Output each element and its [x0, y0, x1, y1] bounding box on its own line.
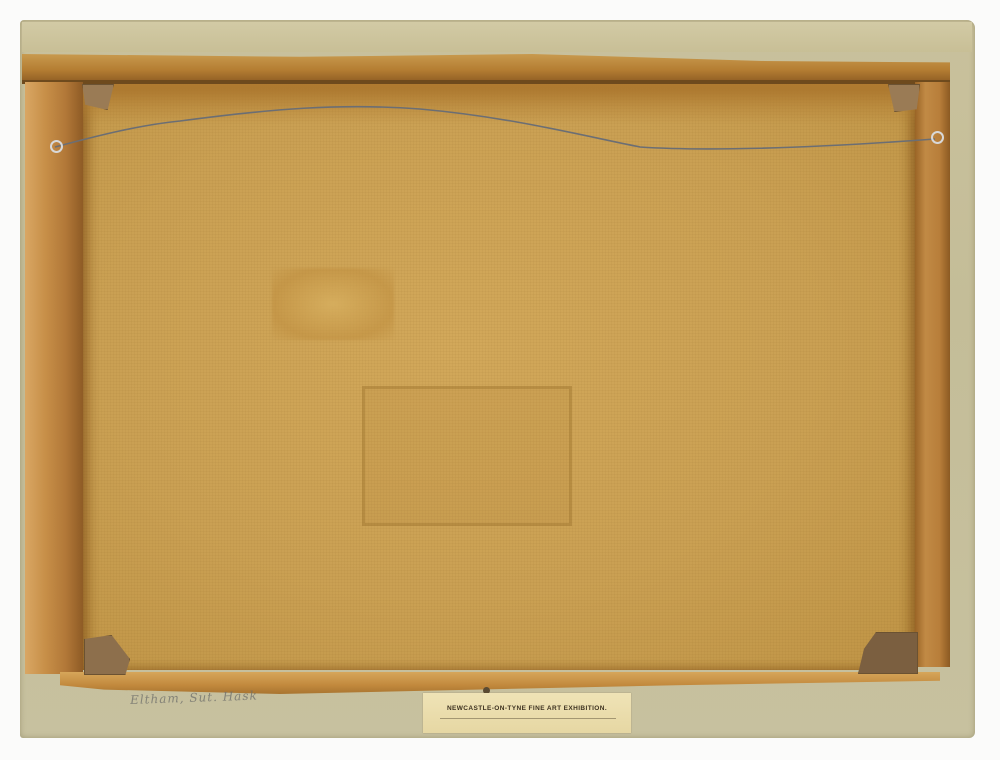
exhibition-label: NEWCASTLE-ON-TYNE FINE ART EXHIBITION. — [423, 693, 631, 733]
stretcher-bar-right — [915, 82, 950, 667]
screw-eyelet-left — [50, 140, 63, 153]
exhibition-label-text: NEWCASTLE-ON-TYNE FINE ART EXHIBITION. — [447, 705, 607, 712]
label-rule — [440, 718, 616, 719]
rectangular-stain — [362, 386, 572, 526]
torn-tape-top — [22, 22, 972, 52]
stain-patch — [272, 268, 394, 340]
canvas-back — [83, 84, 915, 670]
stretcher-bar-left — [25, 82, 83, 674]
hanging-wire — [40, 95, 960, 165]
screw-eyelet-right — [931, 131, 944, 144]
